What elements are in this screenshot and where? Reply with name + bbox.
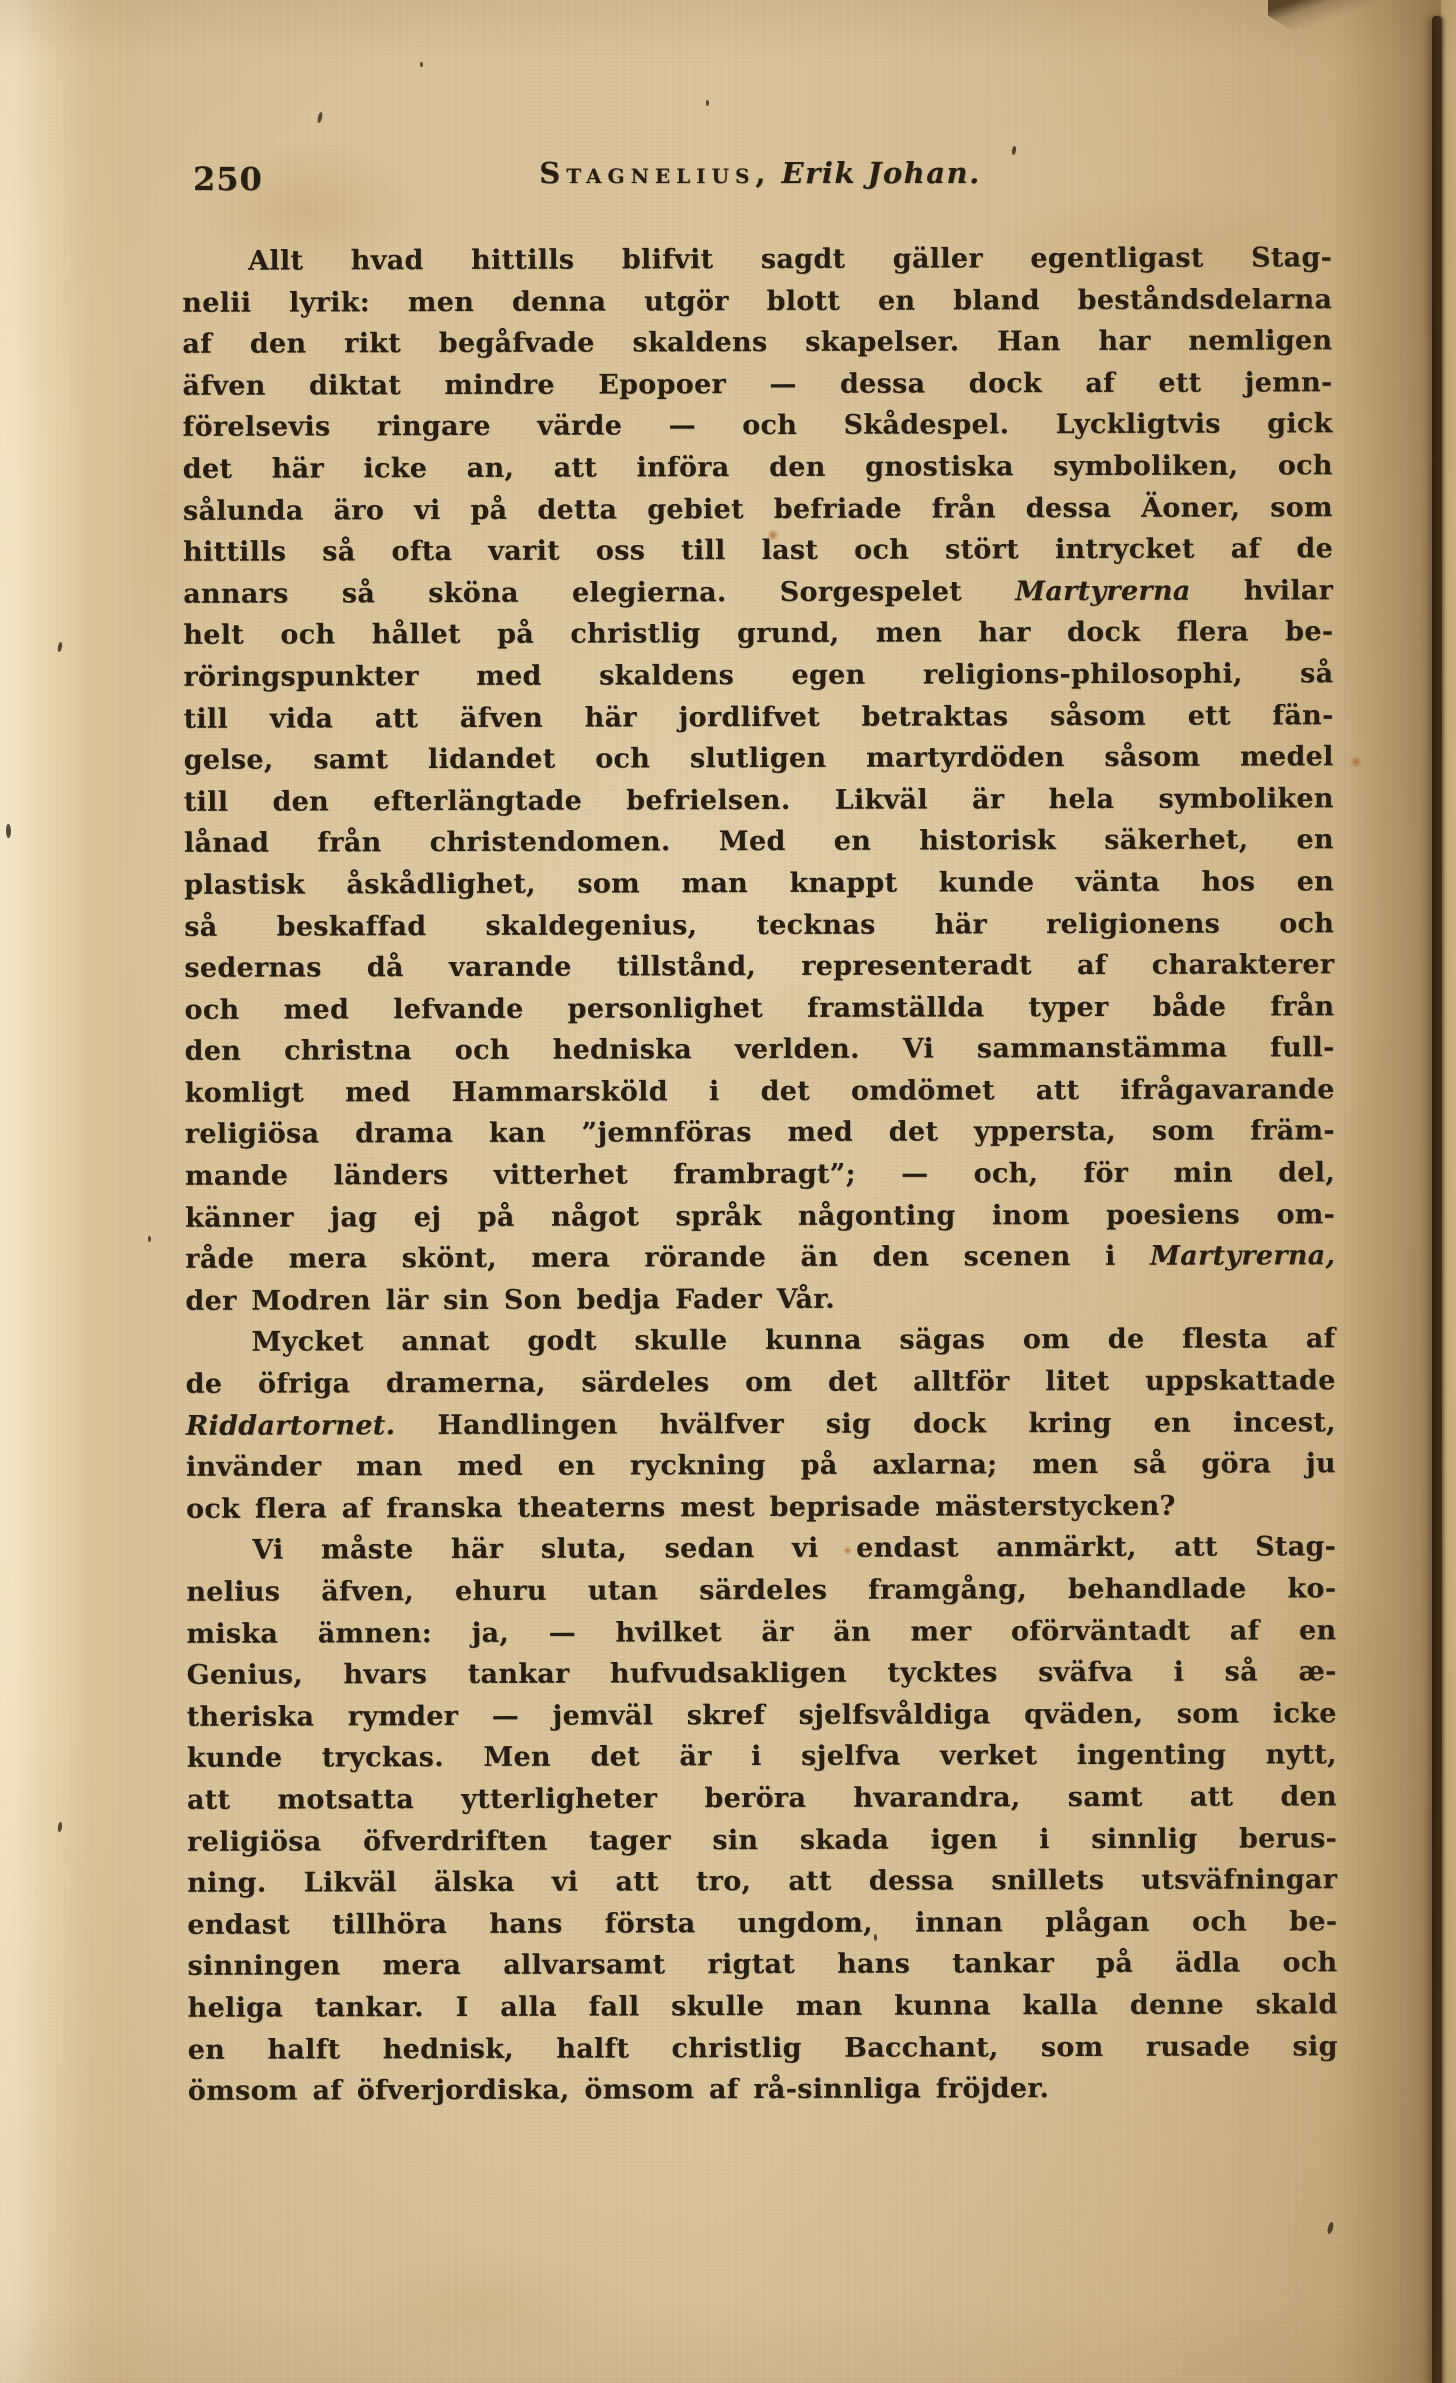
author-surname: Stagnelius, <box>539 156 771 190</box>
text-line: förelsevis ringare värde — och Skådespel… <box>183 404 1333 449</box>
text-line: theriska rymder — jemväl skref sjelfsvål… <box>187 1693 1337 1738</box>
page-corner-shadow <box>1268 0 1456 110</box>
text-line: Mycket annat godt skulle kunna sägas om … <box>185 1319 1335 1364</box>
page-header: 250 Stagnelius,Erik Johan. <box>185 156 1335 202</box>
scanned-book-page: { "colors": { "paper": "#d9c39a", "ink":… <box>0 0 1456 2383</box>
body-text: Allt hvad hittills blifvit sagdt gäller … <box>182 237 1338 2112</box>
text-line: nelii lyrik: men denna utgör blott en bl… <box>182 279 1332 324</box>
text-line: gelse, samt lidandet och slutligen marty… <box>184 736 1334 781</box>
text-line: af den rikt begåfvade skaldens skapelser… <box>182 320 1332 365</box>
page-edge-line <box>1432 16 1442 2383</box>
page-number: 250 <box>193 160 263 198</box>
text-line: sedernas då varande tillstånd, represent… <box>184 944 1334 989</box>
text-line: det här icke an, att införa den gnostisk… <box>183 445 1333 490</box>
next-page-strip <box>1441 0 1456 2383</box>
text-line: invänder man med en ryckning på axlarna;… <box>186 1443 1336 1488</box>
text-line: religiösa drama kan ”jemnföras med det y… <box>185 1111 1335 1156</box>
text-line: miska ämnen: ja, — hvilket är än mer ofö… <box>186 1610 1336 1655</box>
text-line: mande länders vitterhet frambragt”; — oc… <box>185 1152 1335 1197</box>
text-line: och med lefvande personlighet framställd… <box>184 986 1334 1031</box>
text-line: så beskaffad skaldegenius, tecknas här r… <box>184 903 1334 948</box>
text-line: ock flera af franska theaterns mest bepr… <box>186 1485 1336 1530</box>
rust-spot <box>1350 756 1362 768</box>
ink-speck <box>57 642 63 653</box>
text-line: plastisk åskådlighet, som man knappt kun… <box>184 861 1334 906</box>
text-line: komligt med Hammarsköld i det omdömet at… <box>185 1069 1335 1114</box>
text-line: den christna och hedniska verlden. Vi sa… <box>185 1027 1335 1072</box>
text-line: lånad från christendomen. Med en histori… <box>184 820 1334 865</box>
text-line: heliga tankar. I alla fall skulle man ku… <box>188 1984 1338 2029</box>
text-line: att motsatta ytterligheter beröra hvaran… <box>187 1776 1337 1821</box>
ink-speck <box>57 1822 62 1832</box>
text-line: råde mera skönt, mera rörande än den sce… <box>185 1235 1335 1280</box>
text-line: annars så sköna elegierna. Sorgespelet M… <box>183 570 1333 615</box>
text-line: sinningen mera allvarsamt rigtat hans ta… <box>187 1943 1337 1988</box>
paper-stain <box>330 2250 630 2360</box>
text-line: känner jag ej på något språk någonting i… <box>185 1194 1335 1239</box>
text-line: till den efterlängtade befrielsen. Likvä… <box>184 778 1334 823</box>
page-curl-shadow <box>1332 0 1442 2383</box>
text-line: röringspunkter med skaldens egen religio… <box>183 653 1333 698</box>
ink-speck <box>706 100 709 106</box>
text-line: Allt hvad hittills blifvit sagdt gäller … <box>182 237 1332 282</box>
text-line: ning. Likväl älska vi att tro, att dessa… <box>187 1859 1337 1904</box>
ink-speck <box>1326 2222 1334 2235</box>
author-given-name: Erik Johan. <box>782 156 981 190</box>
text-line: till vida att äfven här jordlifvet betra… <box>184 695 1334 740</box>
text-line: äfven diktat mindre Epopoer — dessa dock… <box>182 362 1332 407</box>
text-line: kunde tryckas. Men det är i sjelfva verk… <box>187 1735 1337 1780</box>
text-line: de öfriga dramerna, särdeles om det allt… <box>186 1360 1336 1405</box>
text-line: ömsom af öfverjordiska, ömsom af rå-sinn… <box>188 2067 1338 2112</box>
ink-speck <box>1011 146 1017 156</box>
text-line: Genius, hvars tankar hufvudsakligen tyck… <box>187 1651 1337 1696</box>
text-line: Riddartornet. Handlingen hvälfver sig do… <box>186 1402 1336 1447</box>
text-line: endast tillhöra hans första ungdom, inna… <box>187 1901 1337 1946</box>
ink-speck <box>6 824 11 838</box>
text-line: der Modren lär sin Son bedja Fader Vår. <box>185 1277 1335 1322</box>
text-line: helt och hållet på christlig grund, men … <box>183 612 1333 657</box>
text-line: Vi måste här sluta, sedan vi endast anmä… <box>186 1527 1336 1572</box>
text-line: nelius äfven, ehuru utan särdeles framgå… <box>186 1568 1336 1613</box>
left-paper-edge <box>0 0 150 2383</box>
text-line: sålunda äro vi på detta gebiet befriade … <box>183 487 1333 532</box>
text-line: religiösa öfverdriften tager sin skada i… <box>187 1818 1337 1863</box>
running-title: Stagnelius,Erik Johan. <box>185 156 1335 190</box>
ink-speck <box>148 1236 151 1242</box>
text-line: hittills så ofta varit oss till last och… <box>183 528 1333 573</box>
text-line: en halft hednisk, halft christlig Baccha… <box>188 2026 1338 2071</box>
ink-speck <box>317 112 324 124</box>
ink-speck <box>420 62 423 67</box>
